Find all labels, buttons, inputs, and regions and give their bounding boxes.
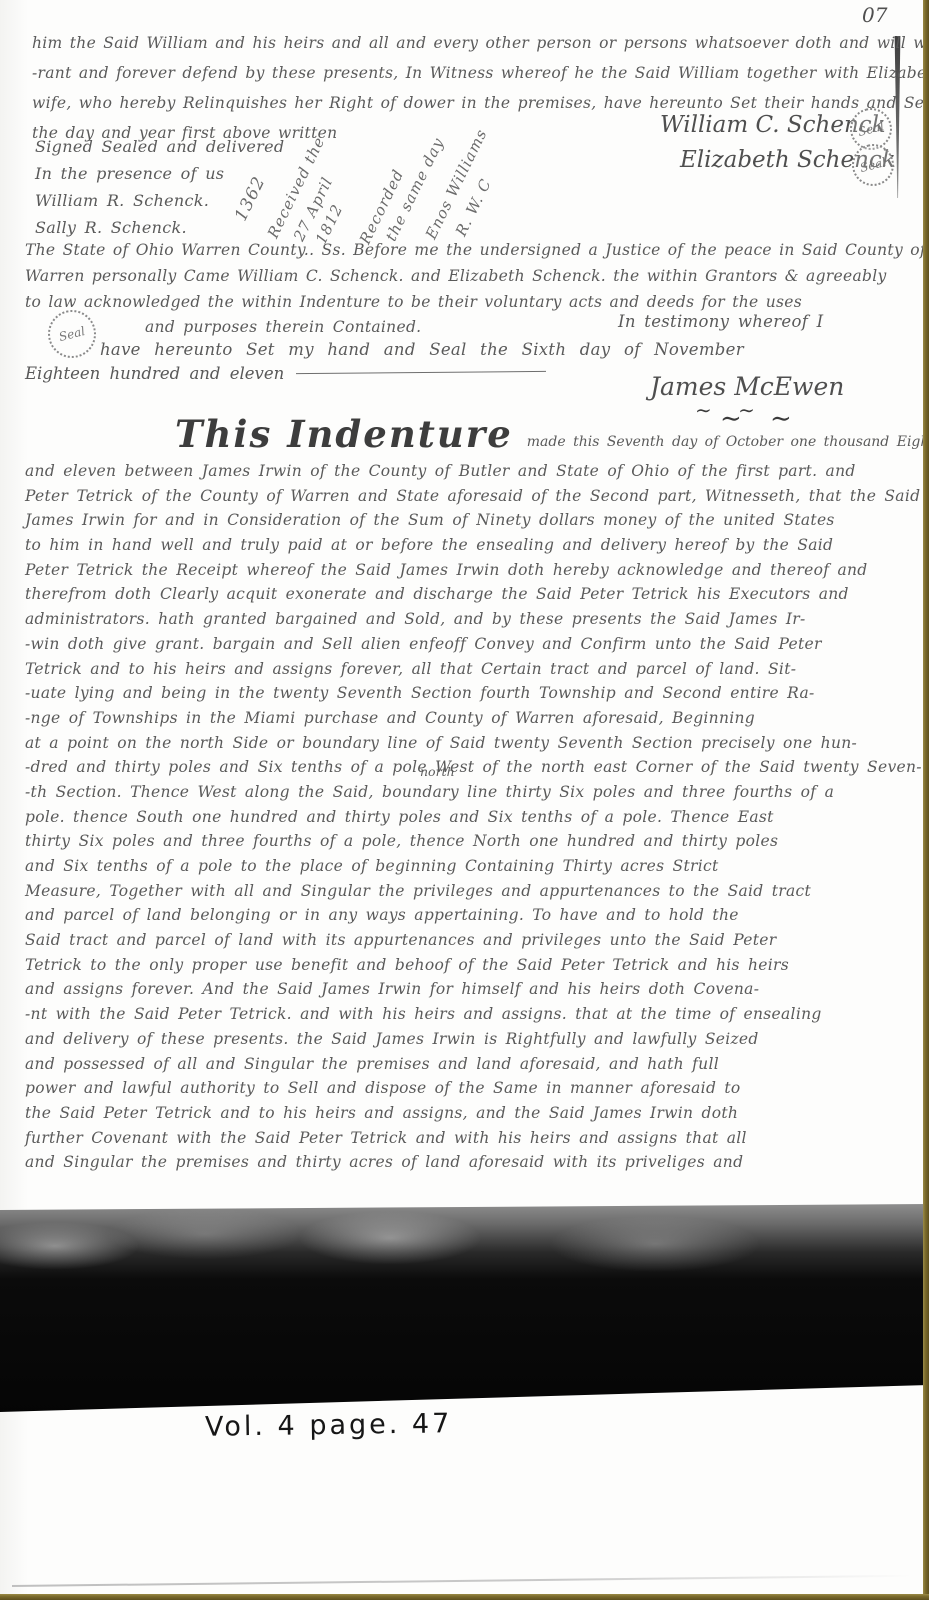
- text-line: Peter Tetrick the Receipt whereof the Sa…: [25, 558, 917, 583]
- text-line: -nt with the Said Peter Tetrick. and wit…: [25, 1002, 917, 1027]
- page-edge-line: [12, 1575, 912, 1587]
- seal-label: Seal: [859, 155, 888, 175]
- text-line: -uate lying and being in the twenty Seve…: [25, 681, 917, 706]
- text-line: and Six tenths of a pole to the place of…: [25, 854, 917, 879]
- text-line: to him in hand well and truly paid at or…: [25, 533, 917, 558]
- signature-james-mcewen: James McEwen: [650, 372, 844, 401]
- text-line: -rant and forever defend by these presen…: [32, 58, 912, 88]
- text-line: power and lawful authority to Sell and d…: [25, 1076, 917, 1101]
- text-line: therefrom doth Clearly acquit exonerate …: [25, 582, 917, 607]
- text-line: and possessed of all and Singular the pr…: [25, 1052, 917, 1077]
- text-line: and assigns forever. And the Said James …: [25, 977, 917, 1002]
- scan-black-band: [0, 1204, 929, 1416]
- text-line: Said tract and parcel of land with its a…: [25, 928, 917, 953]
- text-line: James Irwin for and in Consideration of …: [25, 508, 917, 533]
- text-line: and parcel of land belonging or in any w…: [25, 903, 917, 928]
- date-line-row: Eighteen hundred and eleven: [25, 364, 546, 383]
- indenture-body: and eleven between James Irwin of the Co…: [25, 459, 917, 1175]
- text-line: and Singular the premises and thirty acr…: [25, 1150, 917, 1175]
- text-line: -th Section. Thence West along the Said,…: [25, 780, 917, 805]
- text-line: Measure, Together with all and Singular …: [25, 879, 917, 904]
- text-line: Tetrick to the only proper use benefit a…: [25, 953, 917, 978]
- scan-frame-bottom: [0, 1594, 929, 1600]
- text-line: the Said Peter Tetrick and to his heirs …: [25, 1101, 917, 1126]
- page-number: 07: [862, 3, 887, 27]
- text-line: and eleven between James Irwin of the Co…: [25, 459, 917, 484]
- text-line: pole. thence South one hundred and thirt…: [25, 805, 917, 830]
- volume-page-annotation: Vol. 4 page. 47: [205, 1408, 453, 1442]
- seal-label: Seal: [857, 119, 886, 139]
- text-line: and delivery of these presents. the Said…: [25, 1027, 917, 1052]
- seal-label: Seal: [58, 324, 87, 344]
- flourish-line: [296, 371, 546, 374]
- date-line: Eighteen hundred and eleven: [25, 364, 284, 383]
- indenture-heading-rest: made this Seventh day of October one tho…: [527, 434, 929, 456]
- text-line: at a point on the north Side or boundary…: [25, 731, 917, 756]
- text-line: him the Said William and his heirs and a…: [32, 28, 912, 58]
- text-line: -dred and thirty poles and Six tenths of…: [25, 755, 917, 780]
- heading-flourish: ∼ ∼: [720, 404, 802, 434]
- scanned-deed-page: { "page": { "page_number": "07", "footer…: [0, 0, 929, 1600]
- text-line: -nge of Townships in the Miami purchase …: [25, 706, 917, 731]
- text-line: The State of Ohio Warren County.. Ss. Be…: [25, 237, 915, 263]
- acknowledgment-paragraph: The State of Ohio Warren County.. Ss. Be…: [25, 237, 915, 315]
- inserted-word-north: north: [420, 764, 455, 779]
- text-line: thirty Six poles and three fourths of a …: [25, 829, 917, 854]
- indenture-heading: This Indenture: [175, 412, 513, 456]
- contained-line: and purposes therein Contained.: [145, 315, 421, 340]
- text-line: further Covenant with the Said Peter Tet…: [25, 1126, 917, 1151]
- text-line: Tetrick and to his heirs and assigns for…: [25, 657, 917, 682]
- hand-seal-line: have hereunto Set my hand and Seal the S…: [100, 338, 744, 363]
- text-line: Warren personally Came William C. Schenc…: [25, 263, 915, 289]
- text-line: administrators. hath granted bargained a…: [25, 607, 917, 632]
- text-line: -win doth give grant. bargain and Sell a…: [25, 632, 917, 657]
- testimony-line: In testimony whereof I: [618, 310, 824, 335]
- witness-line: Signed Sealed and delivered: [35, 133, 284, 160]
- scan-frame-right: [923, 0, 929, 1600]
- text-line: Peter Tetrick of the County of Warren an…: [25, 484, 917, 509]
